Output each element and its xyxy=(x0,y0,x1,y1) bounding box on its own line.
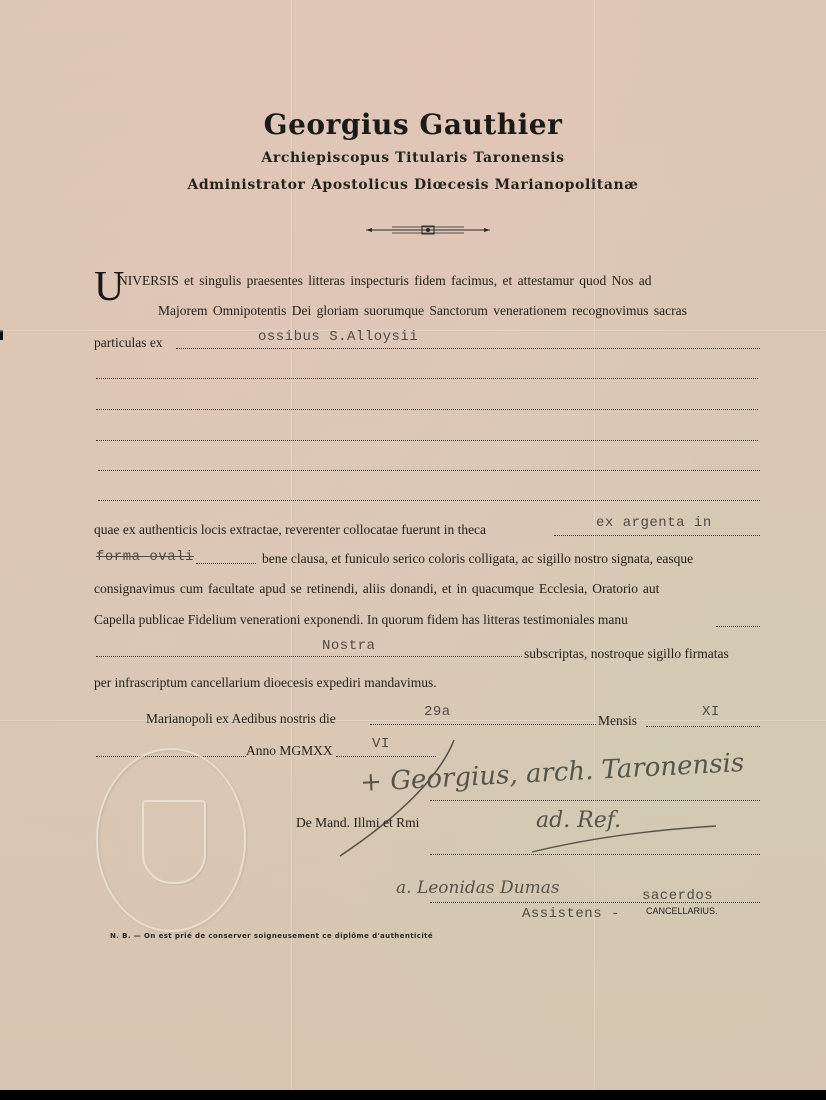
year-label: Anno MGMXX xyxy=(246,742,333,760)
relic-label: particulas ex xyxy=(94,334,163,352)
issuer-office: Administrator Apostolicus Diœcesis Maria… xyxy=(0,177,826,193)
blank-line xyxy=(98,500,760,501)
blank-line xyxy=(96,378,758,379)
body-line-6: consignavimus cum facultate apud se reti… xyxy=(94,580,659,598)
month-value: XI xyxy=(702,704,720,720)
signature-line xyxy=(430,800,760,801)
signature-flourish-icon xyxy=(330,736,460,862)
blank-line xyxy=(98,470,760,471)
seal-shield-icon xyxy=(142,800,206,884)
body-line-9: per infrascriptum cancellarium dioecesis… xyxy=(94,674,437,692)
body-line-8: subscriptas, nostroque sigillo firmatas xyxy=(524,645,729,663)
fill-line xyxy=(96,656,522,657)
fill-line xyxy=(554,535,760,536)
body-line-5: bene clausa, et funiculo serico coloris … xyxy=(262,550,693,568)
issuer-title: Archiepiscopus Titularis Taronensis xyxy=(0,150,826,166)
footer-note: N. B. — On est prié de conserver soigneu… xyxy=(110,932,433,940)
fill-line xyxy=(646,726,760,727)
fill-line xyxy=(196,563,256,564)
cancellarius-label: CANCELLARIUS. xyxy=(646,906,718,916)
body-line-1: NIVERSIS et singulis praesentes litteras… xyxy=(118,272,652,290)
embossed-seal-icon xyxy=(96,748,246,932)
reliquary-value: ex argenta in xyxy=(596,515,712,531)
blank-line xyxy=(96,440,758,441)
chancellor-title-typed: sacerdos xyxy=(642,888,713,904)
place-label: Marianopoli ex Aedibus nostris die xyxy=(146,710,336,728)
reliquary-label: quae ex authenticis locis extractae, rev… xyxy=(94,521,486,539)
mandate-label: De Mand. Illmi et Rmi xyxy=(296,814,419,832)
fold-line xyxy=(0,720,826,722)
issuer-name: Georgius Gauthier xyxy=(0,108,826,141)
month-label: Mensis xyxy=(598,712,637,730)
fill-line xyxy=(370,724,596,725)
blank-line xyxy=(96,409,758,410)
reliquary-shape-value: forma ovali xyxy=(96,549,194,565)
body-line-7: Capella publicae Fidelium venerationi ex… xyxy=(94,611,628,629)
assistens-typed: Assistens - xyxy=(522,906,620,922)
ornament-divider-icon xyxy=(366,224,490,236)
day-value: 29a xyxy=(424,704,451,720)
chancellor-signature: a. Leonidas Dumas xyxy=(396,878,560,898)
fill-line xyxy=(716,626,760,627)
fill-line xyxy=(176,348,760,349)
body-line-2: Majorem Omnipotentis Dei gloriam suorumq… xyxy=(158,302,687,320)
signature-underline-icon xyxy=(530,818,720,854)
signature-line xyxy=(430,854,760,855)
certificate-page: Georgius Gauthier Archiepiscopus Titular… xyxy=(0,0,826,1090)
signatory-value: Nostra xyxy=(322,638,375,654)
relic-value: ossibus S.Alloysii xyxy=(258,329,418,345)
